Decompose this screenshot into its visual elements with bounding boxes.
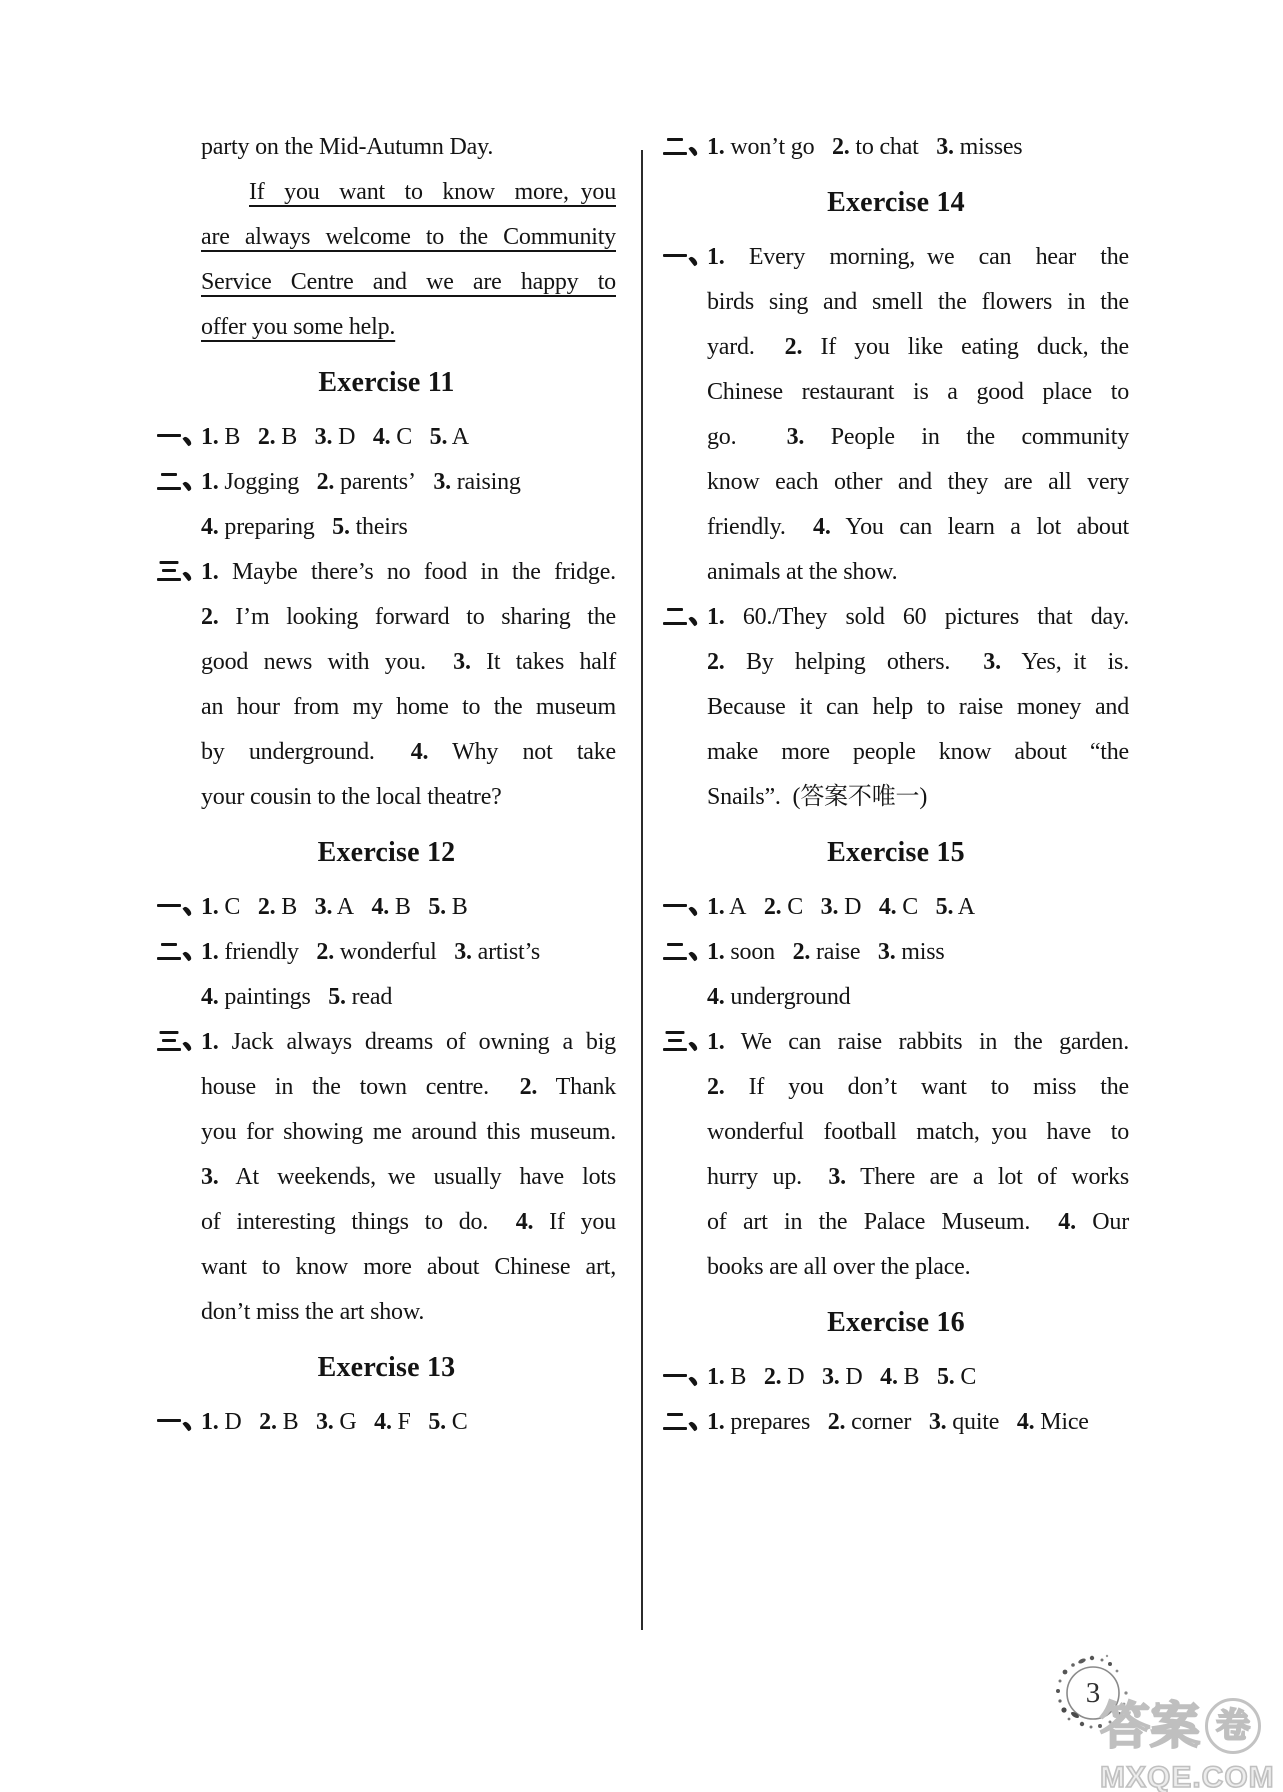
answer-number: 2. bbox=[832, 134, 850, 160]
answer-number: 2. bbox=[258, 424, 276, 450]
text-line: an hour from my home to the museum bbox=[157, 685, 616, 730]
text-line: don’t miss the art show. bbox=[157, 1290, 616, 1335]
answer-number: 2. bbox=[258, 894, 276, 920]
answer-number: 4. bbox=[201, 514, 219, 540]
answer-number: 5. bbox=[430, 424, 448, 450]
text-line: friendly. 4. You can learn a lot about bbox=[663, 505, 1129, 550]
text-line: Because it can help to raise money and bbox=[663, 685, 1129, 730]
answer-number: 1. bbox=[201, 894, 219, 920]
answer-number: 1. bbox=[707, 894, 725, 920]
answer-number: 2. bbox=[764, 1364, 782, 1390]
answer-number: 5. bbox=[328, 984, 346, 1010]
text-line: 4. underground bbox=[663, 975, 1129, 1020]
answer-number: 1. bbox=[707, 244, 725, 270]
section-marker-yi bbox=[663, 235, 707, 280]
text-line: 2. By helping others. 3. Yes, it is. bbox=[663, 640, 1129, 685]
text-line: hurry up. 3. There are a lot of works bbox=[663, 1155, 1129, 1200]
text-line: know each other and they are all very bbox=[663, 460, 1129, 505]
answer-number: 3. bbox=[315, 424, 333, 450]
answer-number: 1. bbox=[201, 469, 219, 495]
text-line: 1. We can raise rabbits in the garden. bbox=[663, 1020, 1129, 1065]
text-line: 1. won’t go 2. to chat 3. misses bbox=[663, 125, 1129, 170]
section-marker-san bbox=[157, 1020, 201, 1065]
answer-number: 1. bbox=[201, 559, 219, 585]
text-line: 2. If you don’t want to miss the bbox=[663, 1065, 1129, 1110]
text-line: 1. Jack always dreams of owning a big bbox=[157, 1020, 616, 1065]
section-marker-er bbox=[663, 930, 707, 975]
answer-number: 4. bbox=[813, 514, 831, 540]
text-line: your cousin to the local theatre? bbox=[157, 775, 616, 820]
text-line: Service Centre and we are happy to bbox=[157, 260, 616, 305]
answer-number: 1. bbox=[201, 939, 219, 965]
answer-number: 1. bbox=[201, 1409, 219, 1435]
answer-number: 5. bbox=[937, 1364, 955, 1390]
answer-number: 4. bbox=[411, 739, 429, 765]
text-line: offer you some help. bbox=[157, 305, 616, 350]
text-line: you for showing me around this museum. bbox=[157, 1110, 616, 1155]
answer-number: 3. bbox=[828, 1164, 846, 1190]
answer-number: 2. bbox=[201, 604, 219, 630]
text-line: 4. preparing 5. theirs bbox=[157, 505, 616, 550]
text-line: wonderful football match, you have to bbox=[663, 1110, 1129, 1155]
answer-number: 1. bbox=[707, 1029, 725, 1055]
text-line: make more people know about “the bbox=[663, 730, 1129, 775]
watermark-site: MXQE.COM bbox=[1100, 1761, 1275, 1792]
text-line: party on the Mid-Autumn Day. bbox=[157, 125, 616, 170]
text-line: 1. B 2. B 3. D 4. C 5. A bbox=[157, 415, 616, 460]
answer-number: 4. bbox=[880, 1364, 898, 1390]
answer-number: 2. bbox=[316, 939, 334, 965]
answer-number: 2. bbox=[785, 334, 803, 360]
section-marker-yi bbox=[157, 1400, 201, 1445]
section-marker-er bbox=[157, 930, 201, 975]
answer-number: 2. bbox=[828, 1409, 846, 1435]
answer-number: 4. bbox=[374, 1409, 392, 1435]
column-divider bbox=[641, 150, 643, 1630]
text-line: 1. prepares 2. corner 3. quite 4. Mice bbox=[663, 1400, 1129, 1445]
text-line: house in the town centre. 2. Thank bbox=[157, 1065, 616, 1110]
answer-number: 3. bbox=[454, 939, 472, 965]
section-marker-yi bbox=[663, 1355, 707, 1400]
section-marker-er bbox=[157, 460, 201, 505]
answer-number: 2. bbox=[259, 1409, 277, 1435]
answer-number: 3. bbox=[821, 894, 839, 920]
exercise-heading: Exercise 12 bbox=[157, 830, 616, 875]
text-line: 1. 60./They sold 60 pictures that day. bbox=[663, 595, 1129, 640]
section-marker-san bbox=[663, 1020, 707, 1065]
answer-key-page: party on the Mid-Autumn Day.If you want … bbox=[0, 0, 1283, 1792]
text-line: 1. C 2. B 3. A 4. B 5. B bbox=[157, 885, 616, 930]
answer-number: 4. bbox=[707, 984, 725, 1010]
answer-number: 3. bbox=[929, 1409, 947, 1435]
answer-number: 4. bbox=[1017, 1409, 1035, 1435]
text-line: 4. paintings 5. read bbox=[157, 975, 616, 1020]
answer-number: 4. bbox=[879, 894, 897, 920]
section-marker-er bbox=[663, 595, 707, 640]
watermark-brand: 答案 卷 bbox=[1100, 1698, 1275, 1754]
answer-number: 5. bbox=[936, 894, 954, 920]
answer-number: 1. bbox=[201, 424, 219, 450]
section-marker-er bbox=[663, 1400, 707, 1445]
answer-number: 2. bbox=[707, 649, 725, 675]
exercise-heading: Exercise 15 bbox=[663, 830, 1129, 875]
answer-number: 1. bbox=[707, 939, 725, 965]
watermark-brand-text: 答案 bbox=[1100, 1701, 1200, 1751]
answer-number: 3. bbox=[453, 649, 471, 675]
exercise-heading: Exercise 16 bbox=[663, 1300, 1129, 1345]
exercise-heading: Exercise 11 bbox=[157, 360, 616, 405]
text-line: 1. B 2. D 3. D 4. B 5. C bbox=[663, 1355, 1129, 1400]
text-line: 2. I’m looking forward to sharing the bbox=[157, 595, 616, 640]
section-marker-yi bbox=[663, 885, 707, 930]
text-line: 1. D 2. B 3. G 4. F 5. C bbox=[157, 1400, 616, 1445]
text-line: 1. soon 2. raise 3. miss bbox=[663, 930, 1129, 975]
text-line: by underground. 4. Why not take bbox=[157, 730, 616, 775]
answer-number: 2. bbox=[317, 469, 335, 495]
right-column: 1. won’t go 2. to chat 3. missesExercise… bbox=[663, 125, 1129, 1445]
text-line: want to know more about Chinese art, bbox=[157, 1245, 616, 1290]
answer-number: 3. bbox=[433, 469, 451, 495]
answer-number: 1. bbox=[707, 604, 725, 630]
section-marker-er bbox=[663, 125, 707, 170]
text-line: animals at the show. bbox=[663, 550, 1129, 595]
answer-number: 4. bbox=[201, 984, 219, 1010]
answer-number: 5. bbox=[428, 894, 446, 920]
answer-number: 3. bbox=[316, 1409, 334, 1435]
answer-number: 1. bbox=[201, 1029, 219, 1055]
text-line: 1. friendly 2. wonderful 3. artist’s bbox=[157, 930, 616, 975]
answer-number: 2. bbox=[707, 1074, 725, 1100]
text-line: good news with you. 3. It takes half bbox=[157, 640, 616, 685]
answer-number: 1. bbox=[707, 1364, 725, 1390]
watermark: 答案 卷 MXQE.COM bbox=[1100, 1698, 1275, 1792]
answer-number: 2. bbox=[764, 894, 782, 920]
text-line: Chinese restaurant is a good place to bbox=[663, 370, 1129, 415]
watermark-brand-circle: 卷 bbox=[1205, 1698, 1261, 1754]
text-line: of art in the Palace Museum. 4. Our bbox=[663, 1200, 1129, 1245]
answer-number: 3. bbox=[315, 894, 333, 920]
answer-number: 1. bbox=[707, 1409, 725, 1435]
text-line: 1. Maybe there’s no food in the fridge. bbox=[157, 550, 616, 595]
answer-number: 3. bbox=[936, 134, 954, 160]
text-line: go. 3. People in the community bbox=[663, 415, 1129, 460]
answer-number: 3. bbox=[878, 939, 896, 965]
answer-number: 5. bbox=[428, 1409, 446, 1435]
exercise-heading: Exercise 14 bbox=[663, 180, 1129, 225]
answer-number: 1. bbox=[707, 134, 725, 160]
text-line: If you want to know more, you bbox=[157, 170, 616, 215]
section-marker-yi bbox=[157, 885, 201, 930]
text-line: of interesting things to do. 4. If you bbox=[157, 1200, 616, 1245]
text-line: books are all over the place. bbox=[663, 1245, 1129, 1290]
left-column: party on the Mid-Autumn Day.If you want … bbox=[157, 125, 616, 1445]
text-line: birds sing and smell the flowers in the bbox=[663, 280, 1129, 325]
answer-number: 4. bbox=[516, 1209, 534, 1235]
section-marker-san bbox=[157, 550, 201, 595]
answer-number: 2. bbox=[520, 1074, 538, 1100]
answer-number: 3. bbox=[787, 424, 805, 450]
text-line: 1. A 2. C 3. D 4. C 5. A bbox=[663, 885, 1129, 930]
section-marker-yi bbox=[157, 415, 201, 460]
answer-number: 4. bbox=[1058, 1209, 1076, 1235]
answer-number: 2. bbox=[793, 939, 811, 965]
answer-number: 3. bbox=[983, 649, 1001, 675]
answer-number: 3. bbox=[201, 1164, 219, 1190]
answer-number: 4. bbox=[371, 894, 389, 920]
text-line: are always welcome to the Community bbox=[157, 215, 616, 260]
text-line: yard. 2. If you like eating duck, the bbox=[663, 325, 1129, 370]
answer-number: 5. bbox=[332, 514, 350, 540]
text-line: 1. Jogging 2. parents’ 3. raising bbox=[157, 460, 616, 505]
text-line: Snails”. (答案不唯一) bbox=[663, 775, 1129, 820]
answer-number: 4. bbox=[373, 424, 391, 450]
exercise-heading: Exercise 13 bbox=[157, 1345, 616, 1390]
text-line: 3. At weekends, we usually have lots bbox=[157, 1155, 616, 1200]
answer-number: 3. bbox=[822, 1364, 840, 1390]
text-line: 1. Every morning, we can hear the bbox=[663, 235, 1129, 280]
